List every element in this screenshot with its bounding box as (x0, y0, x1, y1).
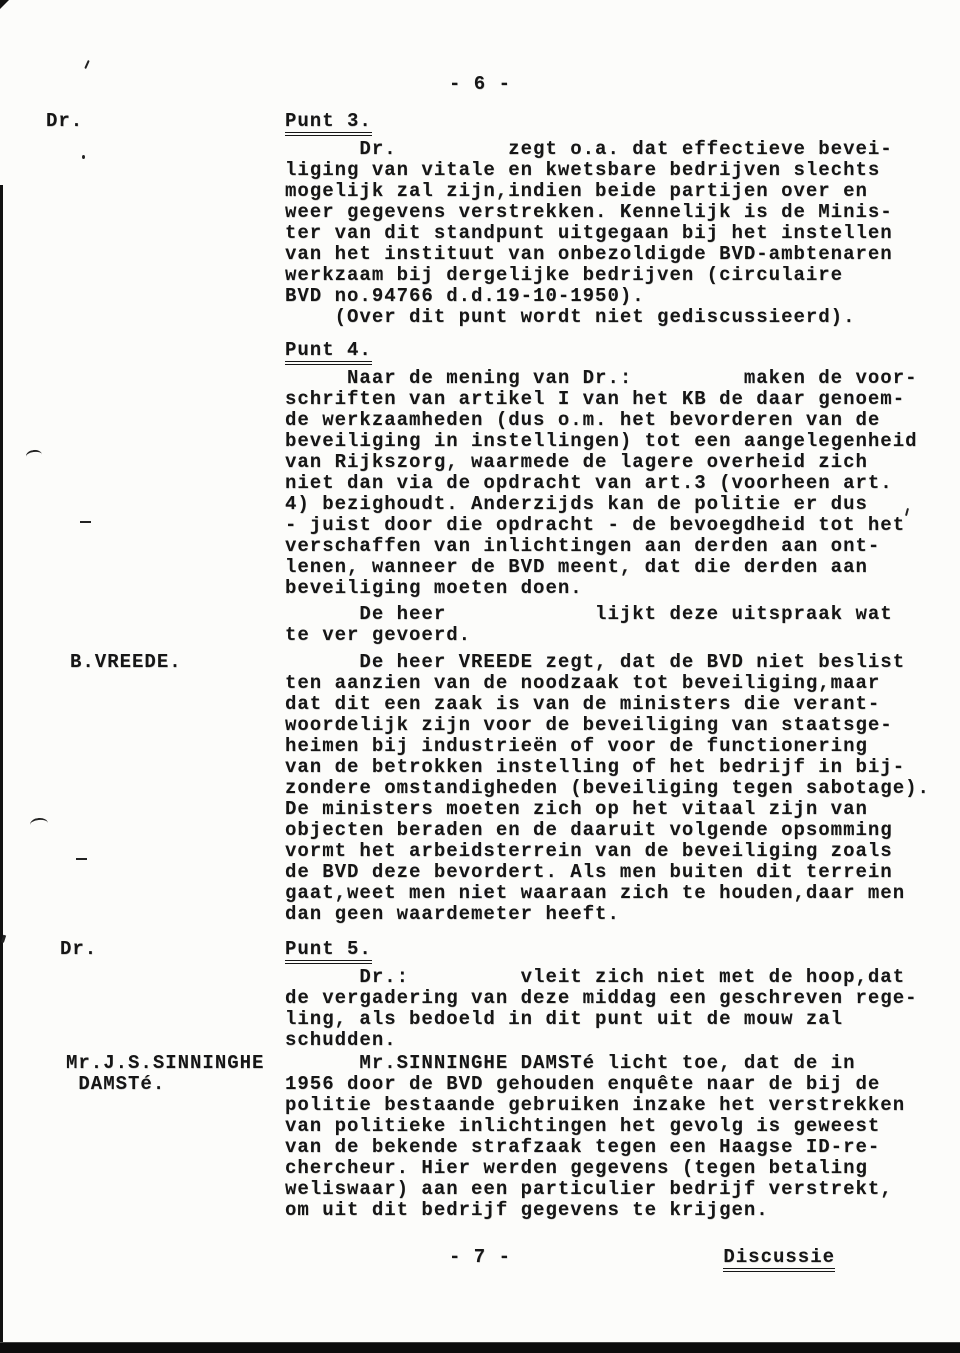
paragraph: Dr.: vleit zich niet met de hoop,dat de … (285, 967, 960, 1051)
text-column: Mr.SINNINGHE DAMSTé licht toe, dat de in… (285, 1053, 960, 1221)
speaker-label: Mr.J.S.SINNINGHE DAMSTé. (66, 1053, 264, 1095)
text-column: Punt 4. Naar de mening van Dr.: maken de… (285, 340, 960, 646)
text-column: De heer VREEDE zegt, dat de BVD niet bes… (285, 652, 960, 925)
speaker-column (0, 340, 285, 361)
page-footer: - 7 - Discussie (0, 1247, 960, 1273)
scan-bottom-bar (0, 1342, 960, 1353)
speaker-column: Dr. (0, 939, 285, 960)
section-heading: Punt 4. (285, 340, 372, 365)
page-content: - 6 - Dr. Punt 3. Dr. zegt o.a. dat effe… (0, 0, 960, 1273)
speaker-label: Dr. (60, 939, 97, 960)
paragraph: Mr.SINNINGHE DAMSTé licht toe, dat de in… (285, 1053, 960, 1221)
speaker-label: B.VREEDE. (70, 652, 182, 673)
discussie-label: Discussie (723, 1247, 835, 1272)
speaker-label: Dr. (46, 111, 83, 132)
section-punt-5: Dr. Punt 5. Dr.: vleit zich niet met de … (0, 939, 960, 1051)
section-sinninghe-damste: Mr.J.S.SINNINGHE DAMSTé. Mr.SINNINGHE DA… (0, 1053, 960, 1221)
speaker-column: B.VREEDE. (0, 652, 285, 673)
paragraph: De heer VREEDE zegt, dat de BVD niet bes… (285, 652, 960, 925)
section-vreede: B.VREEDE. De heer VREEDE zegt, dat de BV… (0, 652, 960, 925)
paragraph: Dr. zegt o.a. dat effectieve bevei- ligi… (285, 139, 960, 328)
page-number-top: - 6 - (0, 74, 960, 95)
speaker-column: Dr. (0, 111, 285, 132)
speaker-column: Mr.J.S.SINNINGHE DAMSTé. (0, 1053, 285, 1095)
paragraph: Naar de mening van Dr.: maken de voor- s… (285, 368, 960, 599)
section-heading: Punt 3. (285, 111, 372, 136)
section-heading: Punt 5. (285, 939, 372, 964)
text-column: Punt 5. Dr.: vleit zich niet met de hoop… (285, 939, 960, 1051)
section-punt-3: Dr. Punt 3. Dr. zegt o.a. dat effectieve… (0, 111, 960, 328)
document-page: - 6 - Dr. Punt 3. Dr. zegt o.a. dat effe… (0, 0, 960, 1353)
paragraph: De heer lijkt deze uitspraak wat te ver … (285, 604, 960, 646)
text-column: Punt 3. Dr. zegt o.a. dat effectieve bev… (285, 111, 960, 328)
section-punt-4: Punt 4. Naar de mening van Dr.: maken de… (0, 340, 960, 646)
